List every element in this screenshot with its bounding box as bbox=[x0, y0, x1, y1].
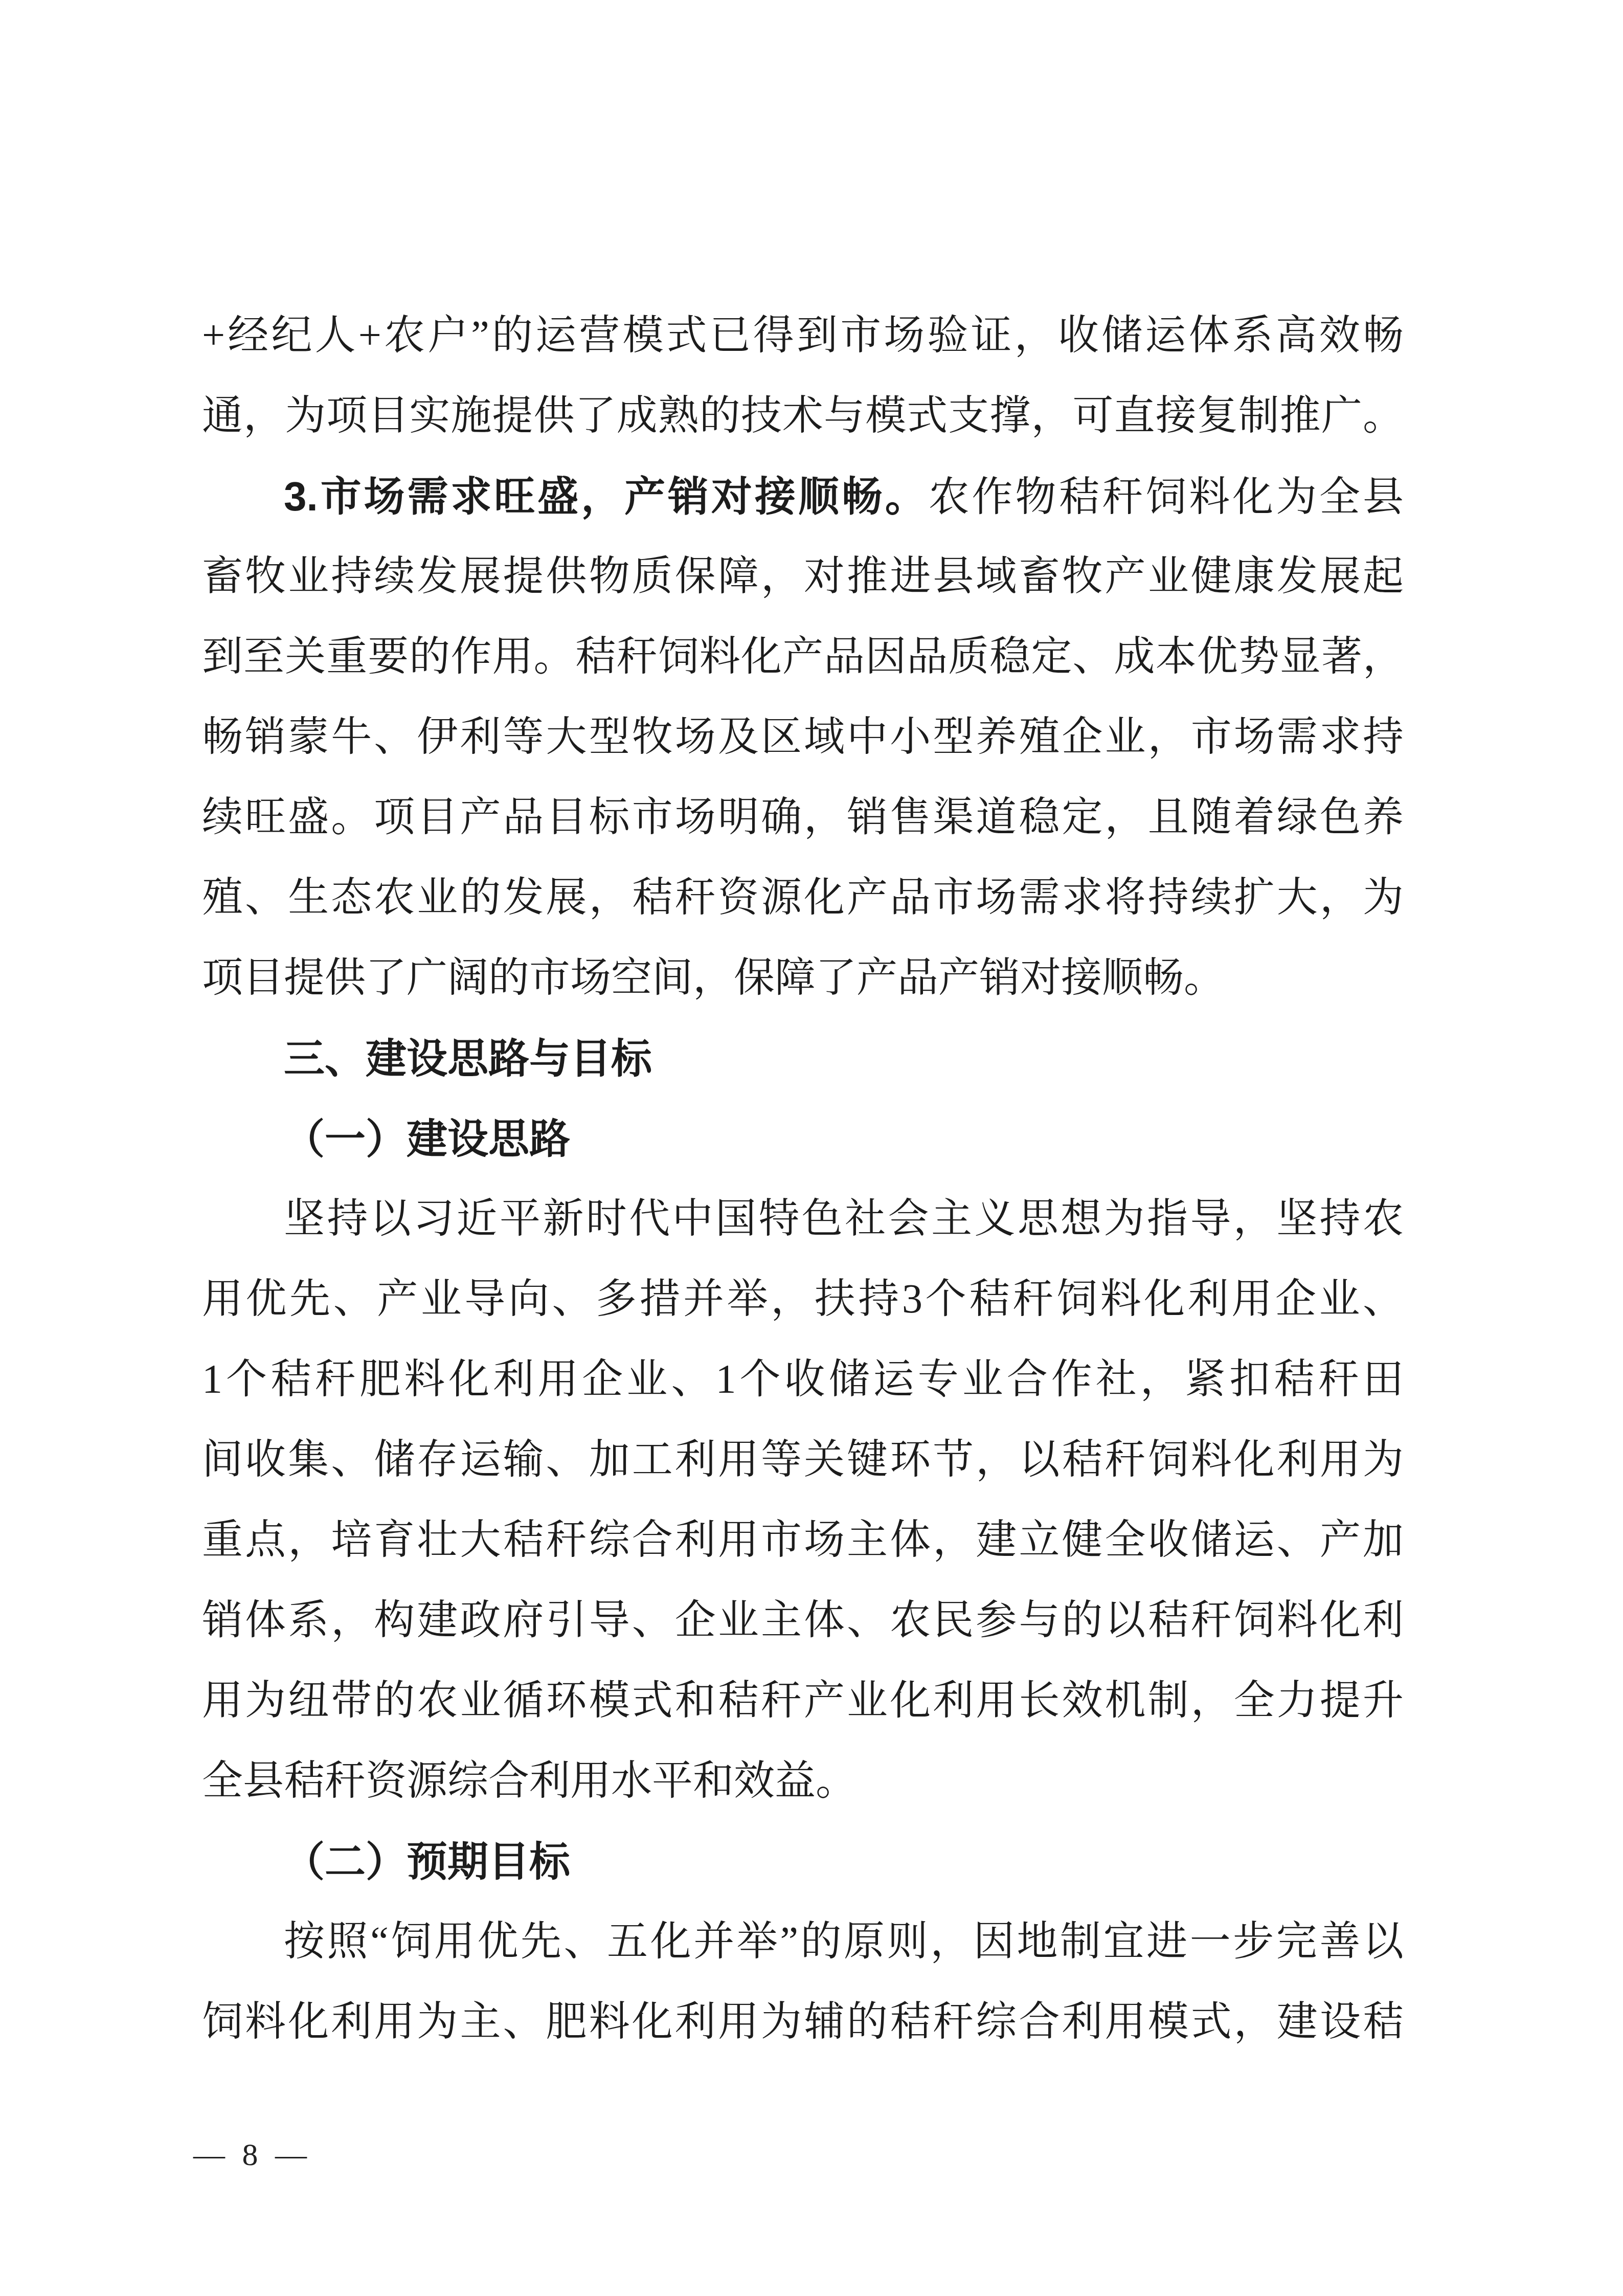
body-text-line: 饲料化利用为主、肥料化利用为辅的秸秆综合利用模式，建设秸 bbox=[202, 1982, 1404, 2062]
body-text-line-bold-lead: 3.市场需求旺盛，产销对接顺畅。农作物秸秆饲料化为全县 bbox=[202, 456, 1404, 537]
body-text-line: +经纪人+农户”的运营模式已得到市场验证，收储运体系高效畅 bbox=[202, 296, 1404, 376]
body-text-line: 续旺盛。项目产品目标市场明确，销售渠道稳定，且随着绿色养 bbox=[202, 777, 1404, 858]
body-text-line: 按照“饲用优先、五化并举”的原则，因地制宜进一步完善以 bbox=[202, 1902, 1404, 1982]
body-text-line: 殖、生态农业的发展，秸秆资源化产品市场需求将持续扩大，为 bbox=[202, 858, 1404, 938]
regular-run: 农作物秸秆饲料化为全县 bbox=[929, 475, 1404, 520]
body-text-line: 重点，培育壮大秸秆综合利用市场主体，建立健全收储运、产加 bbox=[202, 1500, 1404, 1580]
heading-section-3: 三、建设思路与目标 bbox=[202, 1018, 1404, 1099]
body-text-line: 畜牧业持续发展提供物质保障，对推进县域畜牧产业健康发展起 bbox=[202, 537, 1404, 617]
heading-subsection-2: （二）预期目标 bbox=[202, 1821, 1404, 1902]
body-text-line: 1个秸秆肥料化利用企业、1个收储运专业合作社，紧扣秸秆田 bbox=[202, 1340, 1404, 1420]
body-text-line: 通，为项目实施提供了成熟的技术与模式支撑，可直接复制推广。 bbox=[202, 376, 1404, 456]
body-text-line: 坚持以习近平新时代中国特色社会主义思想为指导，坚持农 bbox=[202, 1179, 1404, 1259]
scanned-document-page: +经纪人+农户”的运营模式已得到市场验证，收储运体系高效畅 通，为项目实施提供了… bbox=[0, 0, 1623, 2296]
body-text-line: 用为纽带的农业循环模式和秸秆产业化利用长效机制，全力提升 bbox=[202, 1661, 1404, 1741]
heading-subsection-1: （一）建设思路 bbox=[202, 1099, 1404, 1179]
body-text-line: 间收集、储存运输、加工利用等关键环节，以秸秆饲料化利用为 bbox=[202, 1420, 1404, 1500]
body-text-line: 销体系，构建政府引导、企业主体、农民参与的以秸秆饲料化利 bbox=[202, 1580, 1404, 1661]
body-text-line: 用优先、产业导向、多措并举，扶持3个秸秆饲料化利用企业、 bbox=[202, 1259, 1404, 1340]
document-body: +经纪人+农户”的运营模式已得到市场验证，收储运体系高效畅 通，为项目实施提供了… bbox=[202, 296, 1404, 2062]
page-number: — 8 — bbox=[193, 2132, 308, 2178]
body-text-line: 项目提供了广阔的市场空间，保障了产品产销对接顺畅。 bbox=[202, 938, 1404, 1018]
body-text-line: 畅销蒙牛、伊利等大型牧场及区域中小型养殖企业，市场需求持 bbox=[202, 697, 1404, 777]
bold-run: 3.市场需求旺盛，产销对接顺畅。 bbox=[284, 474, 929, 519]
body-text-line: 全县秸秆资源综合利用水平和效益。 bbox=[202, 1741, 1404, 1821]
body-text-line: 到至关重要的作用。秸秆饲料化产品因品质稳定、成本优势显著， bbox=[202, 617, 1404, 697]
